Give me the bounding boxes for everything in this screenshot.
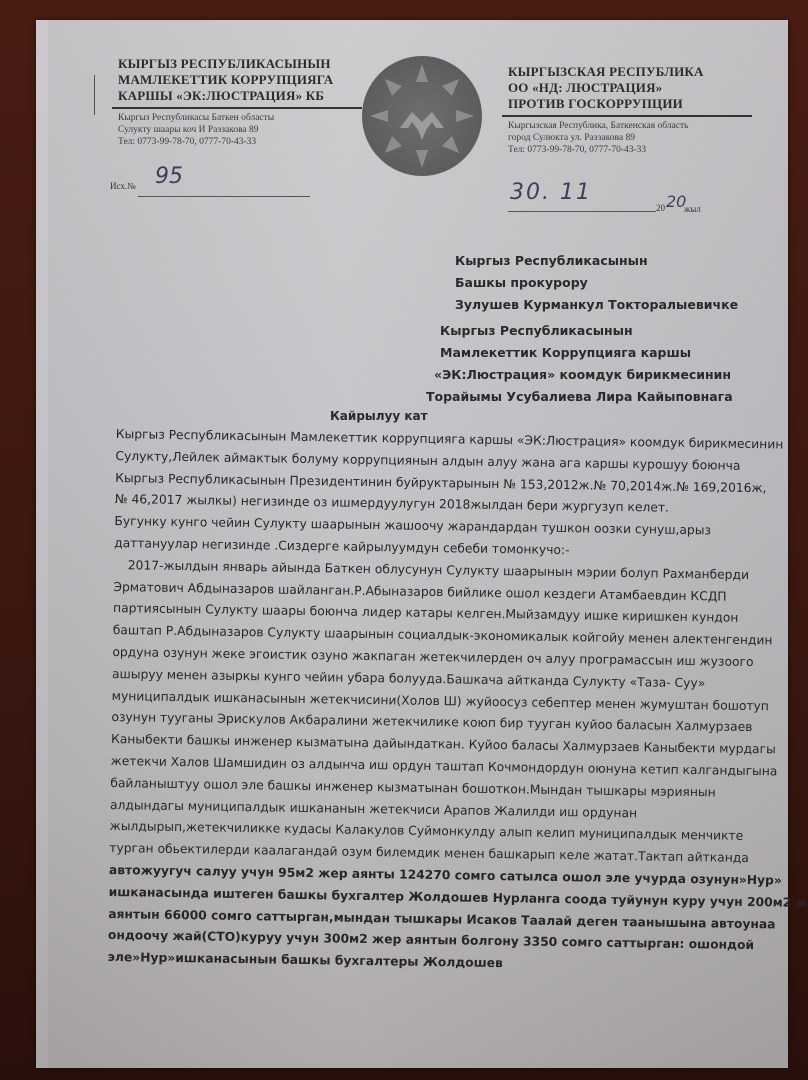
letterhead-right-title-1: КЫРГЫЗСКАЯ РЕСПУБЛИКА <box>508 64 758 80</box>
letter-title: Кайрылуу кат <box>330 409 428 423</box>
letterhead-right-title-3: ПРОТИВ ГОСКОРРУПЦИИ <box>508 96 758 112</box>
date-underline <box>508 211 656 212</box>
letterhead-left-rule <box>112 107 362 109</box>
letterhead-left-address-2: Сулукту шаары коч И Раззакова 89 <box>118 124 368 136</box>
date-suffix: жыл <box>684 204 701 214</box>
reference-label: Исх.№ <box>110 181 136 191</box>
date-handwritten: 30. 11 <box>510 180 592 205</box>
sender-line-2: Мамлекеттик Коррупцияга каршы <box>440 342 733 364</box>
recipient-block: Кыргыз Республикасынын Башкы прокурору З… <box>455 250 738 316</box>
letterhead-left-title-2: МАМЛЕКЕТТИК КОРРУПЦИЯГА <box>118 72 368 88</box>
date-year-prefix: 20 <box>656 203 665 213</box>
letterhead-right-phone: Тел: 0773-99-78-70, 0777-70-43-33 <box>508 144 758 156</box>
letterhead-right: КЫРГЫЗСКАЯ РЕСПУБЛИКА ОО «НД: ЛЮСТРАЦИЯ»… <box>508 64 758 156</box>
letterhead-left-address-1: Кыргыз Республикасы Баткен областы <box>118 112 368 124</box>
sender-block: Кыргыз Республикасынын Мамлекеттик Корру… <box>440 320 733 408</box>
letterhead-left-title-1: КЫРГЫЗ РЕСПУБЛИКАСЫНЫН <box>118 56 368 72</box>
recipient-line-2: Башкы прокурору <box>455 272 738 294</box>
sender-line-4: Торайымы Усубалиева Лира Кайыповнага <box>426 386 733 408</box>
margin-mark <box>94 75 95 115</box>
letter-body: Кыргыз Республикасынын Мамлекеттик корру… <box>107 424 775 979</box>
sender-line-3: «ЭК:Люстрация» коомдук бирикмесинин <box>434 364 733 386</box>
reference-underline <box>138 196 310 197</box>
letterhead-right-rule <box>502 115 752 117</box>
letterhead-left: КЫРГЫЗ РЕСПУБЛИКАСЫНЫН МАМЛЕКЕТТИК КОРРУ… <box>118 56 368 148</box>
emblem-star-icon <box>362 56 482 176</box>
letterhead-left-phone: Тел: 0773-99-78-70, 0777-70-43-33 <box>118 136 368 148</box>
letterhead-right-address-2: город Сулюкта ул. Раззакова 89 <box>508 132 758 144</box>
letterhead-left-title-3: КАРШЫ «ЭК:ЛЮСТРАЦИЯ» КБ <box>118 88 368 104</box>
reference-number-handwritten: 95 <box>155 164 183 189</box>
organization-emblem-icon <box>362 56 482 176</box>
letterhead-right-title-2: ОО «НД: ЛЮСТРАЦИЯ» <box>508 80 758 96</box>
sender-line-1: Кыргыз Республикасынын <box>440 320 733 342</box>
recipient-line-1: Кыргыз Республикасынын <box>455 250 738 272</box>
letterhead-right-address-1: Кыргызская Республика, Баткенская област… <box>508 120 758 132</box>
recipient-line-3: Зулушев Курманкул Токторалыевичке <box>455 294 738 316</box>
